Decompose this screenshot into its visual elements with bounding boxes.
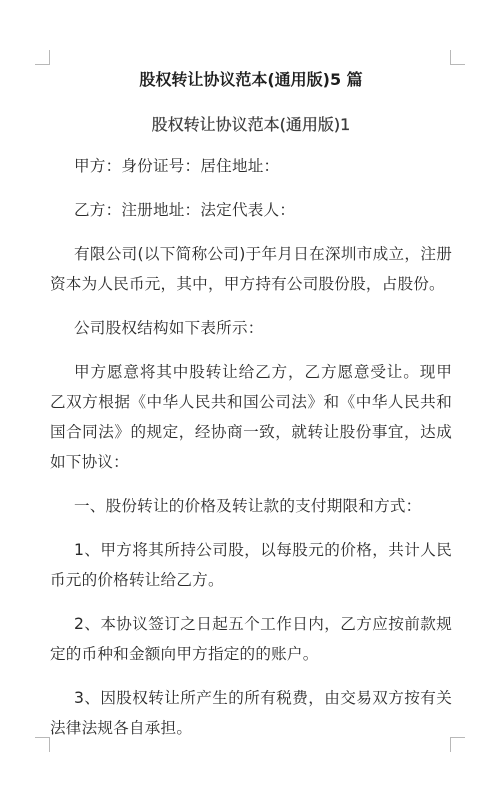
clause-1-paragraph: 1、甲方将其所持公司股，以每股元的价格，共计人民币元的价格转让给乙方。	[50, 535, 452, 595]
clause-2-paragraph: 2、本协议签订之日起五个工作日内，乙方应按前款规定的币种和金额向甲方指定的的账户…	[50, 609, 452, 669]
transfer-intent-paragraph: 甲方愿意将其中股转让给乙方，乙方愿意受让。现甲乙双方根据《中华人民共和国公司法》…	[50, 357, 452, 477]
bottom-left-margin-mark	[35, 737, 50, 752]
equity-structure-paragraph: 公司股权结构如下表所示：	[50, 313, 452, 343]
party-a-line: 甲方：身份证号：居住地址：	[50, 151, 452, 181]
document-body: 股权转让协议范本(通用版)5 篇 股权转让协议范本(通用版)1 甲方：身份证号：…	[50, 66, 452, 743]
party-b-line: 乙方：注册地址：法定代表人：	[50, 195, 452, 225]
document-page: 股权转让协议范本(通用版)5 篇 股权转让协议范本(通用版)1 甲方：身份证号：…	[0, 0, 500, 792]
document-subtitle: 股权转让协议范本(通用版)1	[50, 111, 452, 139]
bottom-right-margin-mark	[450, 737, 465, 752]
document-title: 股权转让协议范本(通用版)5 篇	[50, 66, 452, 94]
section-heading-price-payment: 一、股份转让的价格及转让款的支付期限和方式：	[50, 491, 452, 521]
company-info-paragraph: 有限公司(以下简称公司)于年月日在深圳市成立，注册资本为人民币元，其中，甲方持有…	[50, 239, 452, 299]
top-left-margin-mark	[35, 50, 50, 65]
clause-3-paragraph: 3、因股权转让所产生的所有税费，由交易双方按有关法律法规各自承担。	[50, 683, 452, 743]
top-right-margin-mark	[450, 50, 465, 65]
